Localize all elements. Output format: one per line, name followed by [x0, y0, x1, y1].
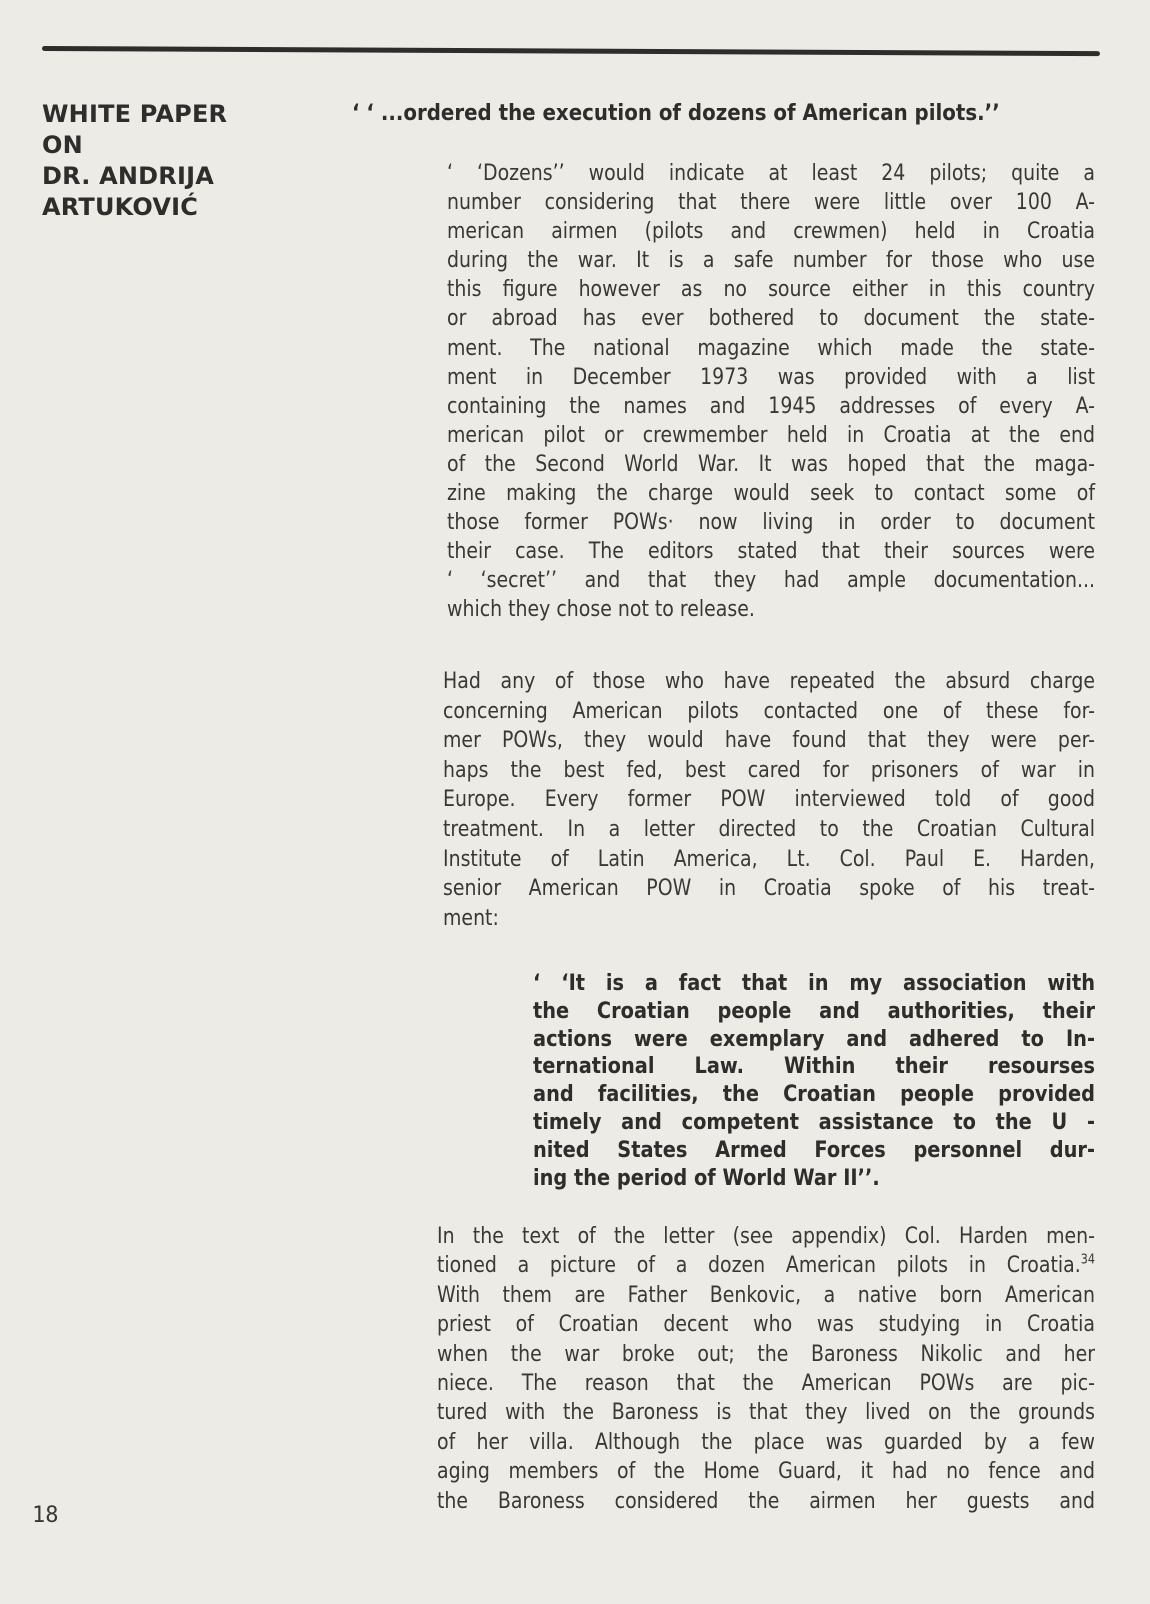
- side-title-line: ON: [42, 130, 272, 161]
- text-line: or abroad has ever bothered to document …: [447, 304, 1095, 333]
- text-line: ‘ ‘Dozens’’ would indicate at least 24 p…: [447, 159, 1095, 188]
- page-number: 18: [32, 1503, 59, 1528]
- text-line: aging members of the Home Guard, it had …: [437, 1457, 1095, 1486]
- text-line: of her villa. Although the place was gua…: [437, 1428, 1095, 1457]
- text-line: ‘ ‘secret’’ and that they had ample docu…: [447, 566, 1095, 595]
- footnote-marker[interactable]: 34: [1081, 1253, 1095, 1268]
- text-line: merican pilot or crewmember held in Croa…: [447, 421, 1095, 450]
- harden-block-quote: ‘ ‘It is a fact that in my association w…: [533, 970, 1095, 1192]
- text-line: In the text of the letter (see appendix)…: [437, 1222, 1095, 1251]
- text-line: and facilities, the Croatian people prov…: [533, 1081, 1095, 1109]
- side-title-line: DR. ANDRIJA: [42, 161, 272, 192]
- text-line: containing the names and 1945 addresses …: [447, 392, 1095, 421]
- text-line: Institute of Latin America, Lt. Col. Pau…: [443, 845, 1095, 875]
- text-line: priest of Croatian decent who was studyi…: [437, 1310, 1095, 1339]
- text-line: the Croatian people and authorities, the…: [533, 998, 1095, 1026]
- text-line: nited States Armed Forces personnel dur-: [533, 1137, 1095, 1165]
- text-line: haps the best fed, best cared for prison…: [443, 756, 1095, 786]
- text-line: ment in December 1973 was provided with …: [447, 363, 1095, 392]
- text-line: With them are Father Benkovic, a native …: [437, 1281, 1095, 1310]
- text-line: those former POWs· now living in order t…: [447, 508, 1095, 537]
- text-line: ment:: [443, 904, 1095, 934]
- text-line: tured with the Baroness is that they liv…: [437, 1398, 1095, 1427]
- text-line: Had any of those who have repeated the a…: [443, 667, 1095, 697]
- text-line: which they chose not to release.: [447, 595, 1095, 624]
- section-heading: ‘ ‘ ...ordered the execution of dozens o…: [352, 101, 1036, 126]
- text-line: mer POWs, they would have found that the…: [443, 726, 1095, 756]
- text-line: of the Second World War. It was hoped th…: [447, 450, 1095, 479]
- text-line: niece. The reason that the American POWs…: [437, 1369, 1095, 1398]
- text-line: this figure however as no source either …: [447, 275, 1095, 304]
- text-line: Europe. Every former POW interviewed tol…: [443, 785, 1095, 815]
- paragraph-dozens: ‘ ‘Dozens’’ would indicate at least 24 p…: [447, 159, 1095, 625]
- text-line: the Baroness considered the airmen her g…: [437, 1487, 1095, 1516]
- text-line: ing the period of World War II’’.: [533, 1165, 1095, 1193]
- text-line: ternational Law. Within their resourses: [533, 1053, 1095, 1081]
- text-line: ment. The national magazine which made t…: [447, 334, 1095, 363]
- text-line: zine making the charge would seek to con…: [447, 479, 1095, 508]
- paragraph-letter-text: In the text of the letter (see appendix)…: [437, 1222, 1095, 1516]
- top-horizontal-rule: [42, 46, 1100, 56]
- text-line: their case. The editors stated that thei…: [447, 537, 1095, 566]
- text-line: number considering that there were littl…: [447, 188, 1095, 217]
- side-title-line: WHITE PAPER: [42, 99, 272, 130]
- paragraph-pow-treatment: Had any of those who have repeated the a…: [443, 667, 1095, 933]
- text-line: actions were exemplary and adhered to In…: [533, 1026, 1095, 1054]
- text-line: timely and competent assistance to the U…: [533, 1109, 1095, 1137]
- text-line: treatment. In a letter directed to the C…: [443, 815, 1095, 845]
- document-side-title: WHITE PAPER ON DR. ANDRIJA ARTUKOVIĆ: [42, 99, 272, 223]
- side-title-line: ARTUKOVIĆ: [42, 192, 272, 223]
- text-line: merican airmen (pilots and crewmen) held…: [447, 217, 1095, 246]
- text-line: concerning American pilots contacted one…: [443, 697, 1095, 727]
- text-line: tioned a picture of a dozen American pil…: [437, 1251, 1095, 1280]
- text-line: ‘ ‘It is a fact that in my association w…: [533, 970, 1095, 998]
- text-line: senior American POW in Croatia spoke of …: [443, 874, 1095, 904]
- text-line: when the war broke out; the Baroness Nik…: [437, 1340, 1095, 1369]
- text-line: during the war. It is a safe number for …: [447, 246, 1095, 275]
